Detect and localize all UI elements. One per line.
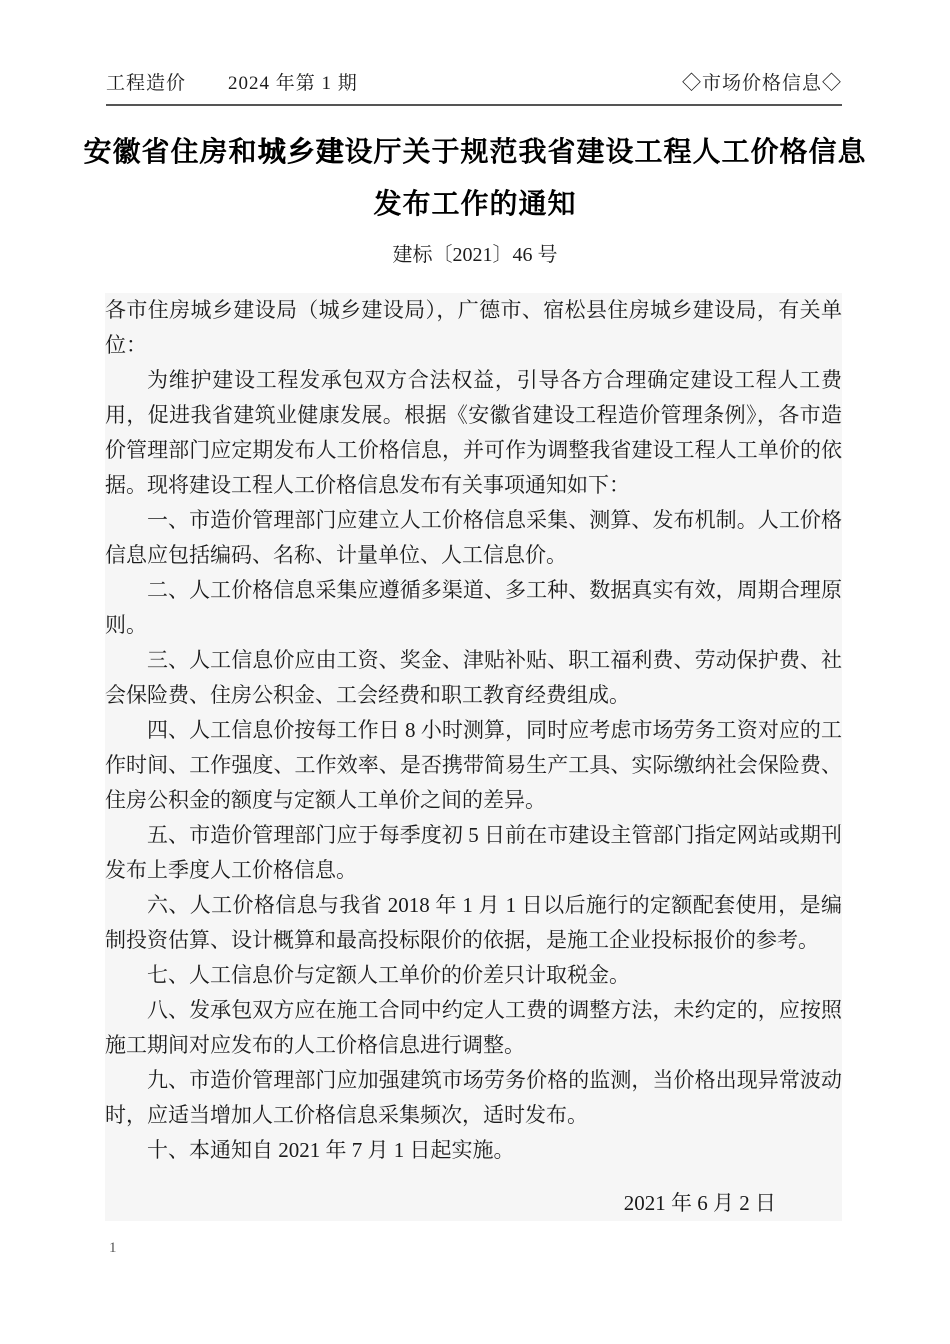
paragraph: 九、市造价管理部门应加强建筑市场劳务价格的监测，当价格出现异常波动时，应适当增加…	[105, 1063, 842, 1133]
page-number: 1	[109, 1240, 117, 1257]
paragraph: 为维护建设工程发承包双方合法权益，引导各方合理确定建设工程人工费用，促进我省建筑…	[105, 363, 842, 503]
journal-name: 工程造价	[106, 68, 186, 95]
paragraph: 六、人工价格信息与我省 2018 年 1 月 1 日以后施行的定额配套使用，是编…	[105, 888, 842, 958]
paragraph: 四、人工信息价按每工作日 8 小时测算，同时应考虑市场劳务工资对应的工作时间、工…	[105, 713, 842, 818]
paragraph: 八、发承包双方应在施工合同中约定人工费的调整方法，未约定的，应按照施工期间对应发…	[105, 993, 842, 1063]
title-segment: 安徽省住房和	[83, 136, 257, 167]
title-segment-bold: 城乡建	[257, 136, 344, 167]
salutation: 各市住房城乡建设局（城乡建设局），广德市、宿松县住房城乡建设局，有关单位：	[105, 293, 842, 363]
issue-label: 2024 年第 1 期	[228, 68, 358, 95]
title-segment: 设厅关于规范我省建设工程人工价格信息	[345, 136, 867, 167]
running-header: 工程造价 2024 年第 1 期 ◇市场价格信息◇	[106, 68, 842, 106]
notice-title-line1: 安徽省住房和城乡建设厅关于规范我省建设工程人工价格信息	[0, 126, 950, 178]
notice-date: 2021 年 6 月 2 日	[105, 1186, 842, 1221]
doc-number: 建标〔2021〕46 号	[0, 240, 950, 270]
paragraph: 七、人工信息价与定额人工单价的价差只计取税金。	[105, 958, 842, 993]
notice-title-line2: 发布工作的通知	[0, 178, 950, 230]
paragraph: 三、人工信息价应由工资、奖金、津贴补贴、职工福利费、劳动保护费、社会保险费、住房…	[105, 643, 842, 713]
title-block: 安徽省住房和城乡建设厅关于规范我省建设工程人工价格信息 发布工作的通知 建标〔2…	[0, 126, 950, 270]
notice-body: 各市住房城乡建设局（城乡建设局），广德市、宿松县住房城乡建设局，有关单位： 为维…	[105, 293, 842, 1221]
paragraph: 五、市造价管理部门应于每季度初 5 日前在市建设主管部门指定网站或期刊发布上季度…	[105, 818, 842, 888]
paragraph: 二、人工价格信息采集应遵循多渠道、多工种、数据真实有效，周期合理原则。	[105, 573, 842, 643]
header-left-group: 工程造价 2024 年第 1 期	[106, 68, 358, 95]
document-page: 工程造价 2024 年第 1 期 ◇市场价格信息◇ 安徽省住房和城乡建设厅关于规…	[0, 0, 950, 1344]
paragraph: 十、本通知自 2021 年 7 月 1 日起实施。	[105, 1133, 842, 1168]
notice-title: 安徽省住房和城乡建设厅关于规范我省建设工程人工价格信息 发布工作的通知	[0, 126, 950, 230]
paragraph: 一、市造价管理部门应建立人工价格信息采集、测算、发布机制。人工价格信息应包括编码…	[105, 503, 842, 573]
section-label: ◇市场价格信息◇	[682, 68, 842, 95]
